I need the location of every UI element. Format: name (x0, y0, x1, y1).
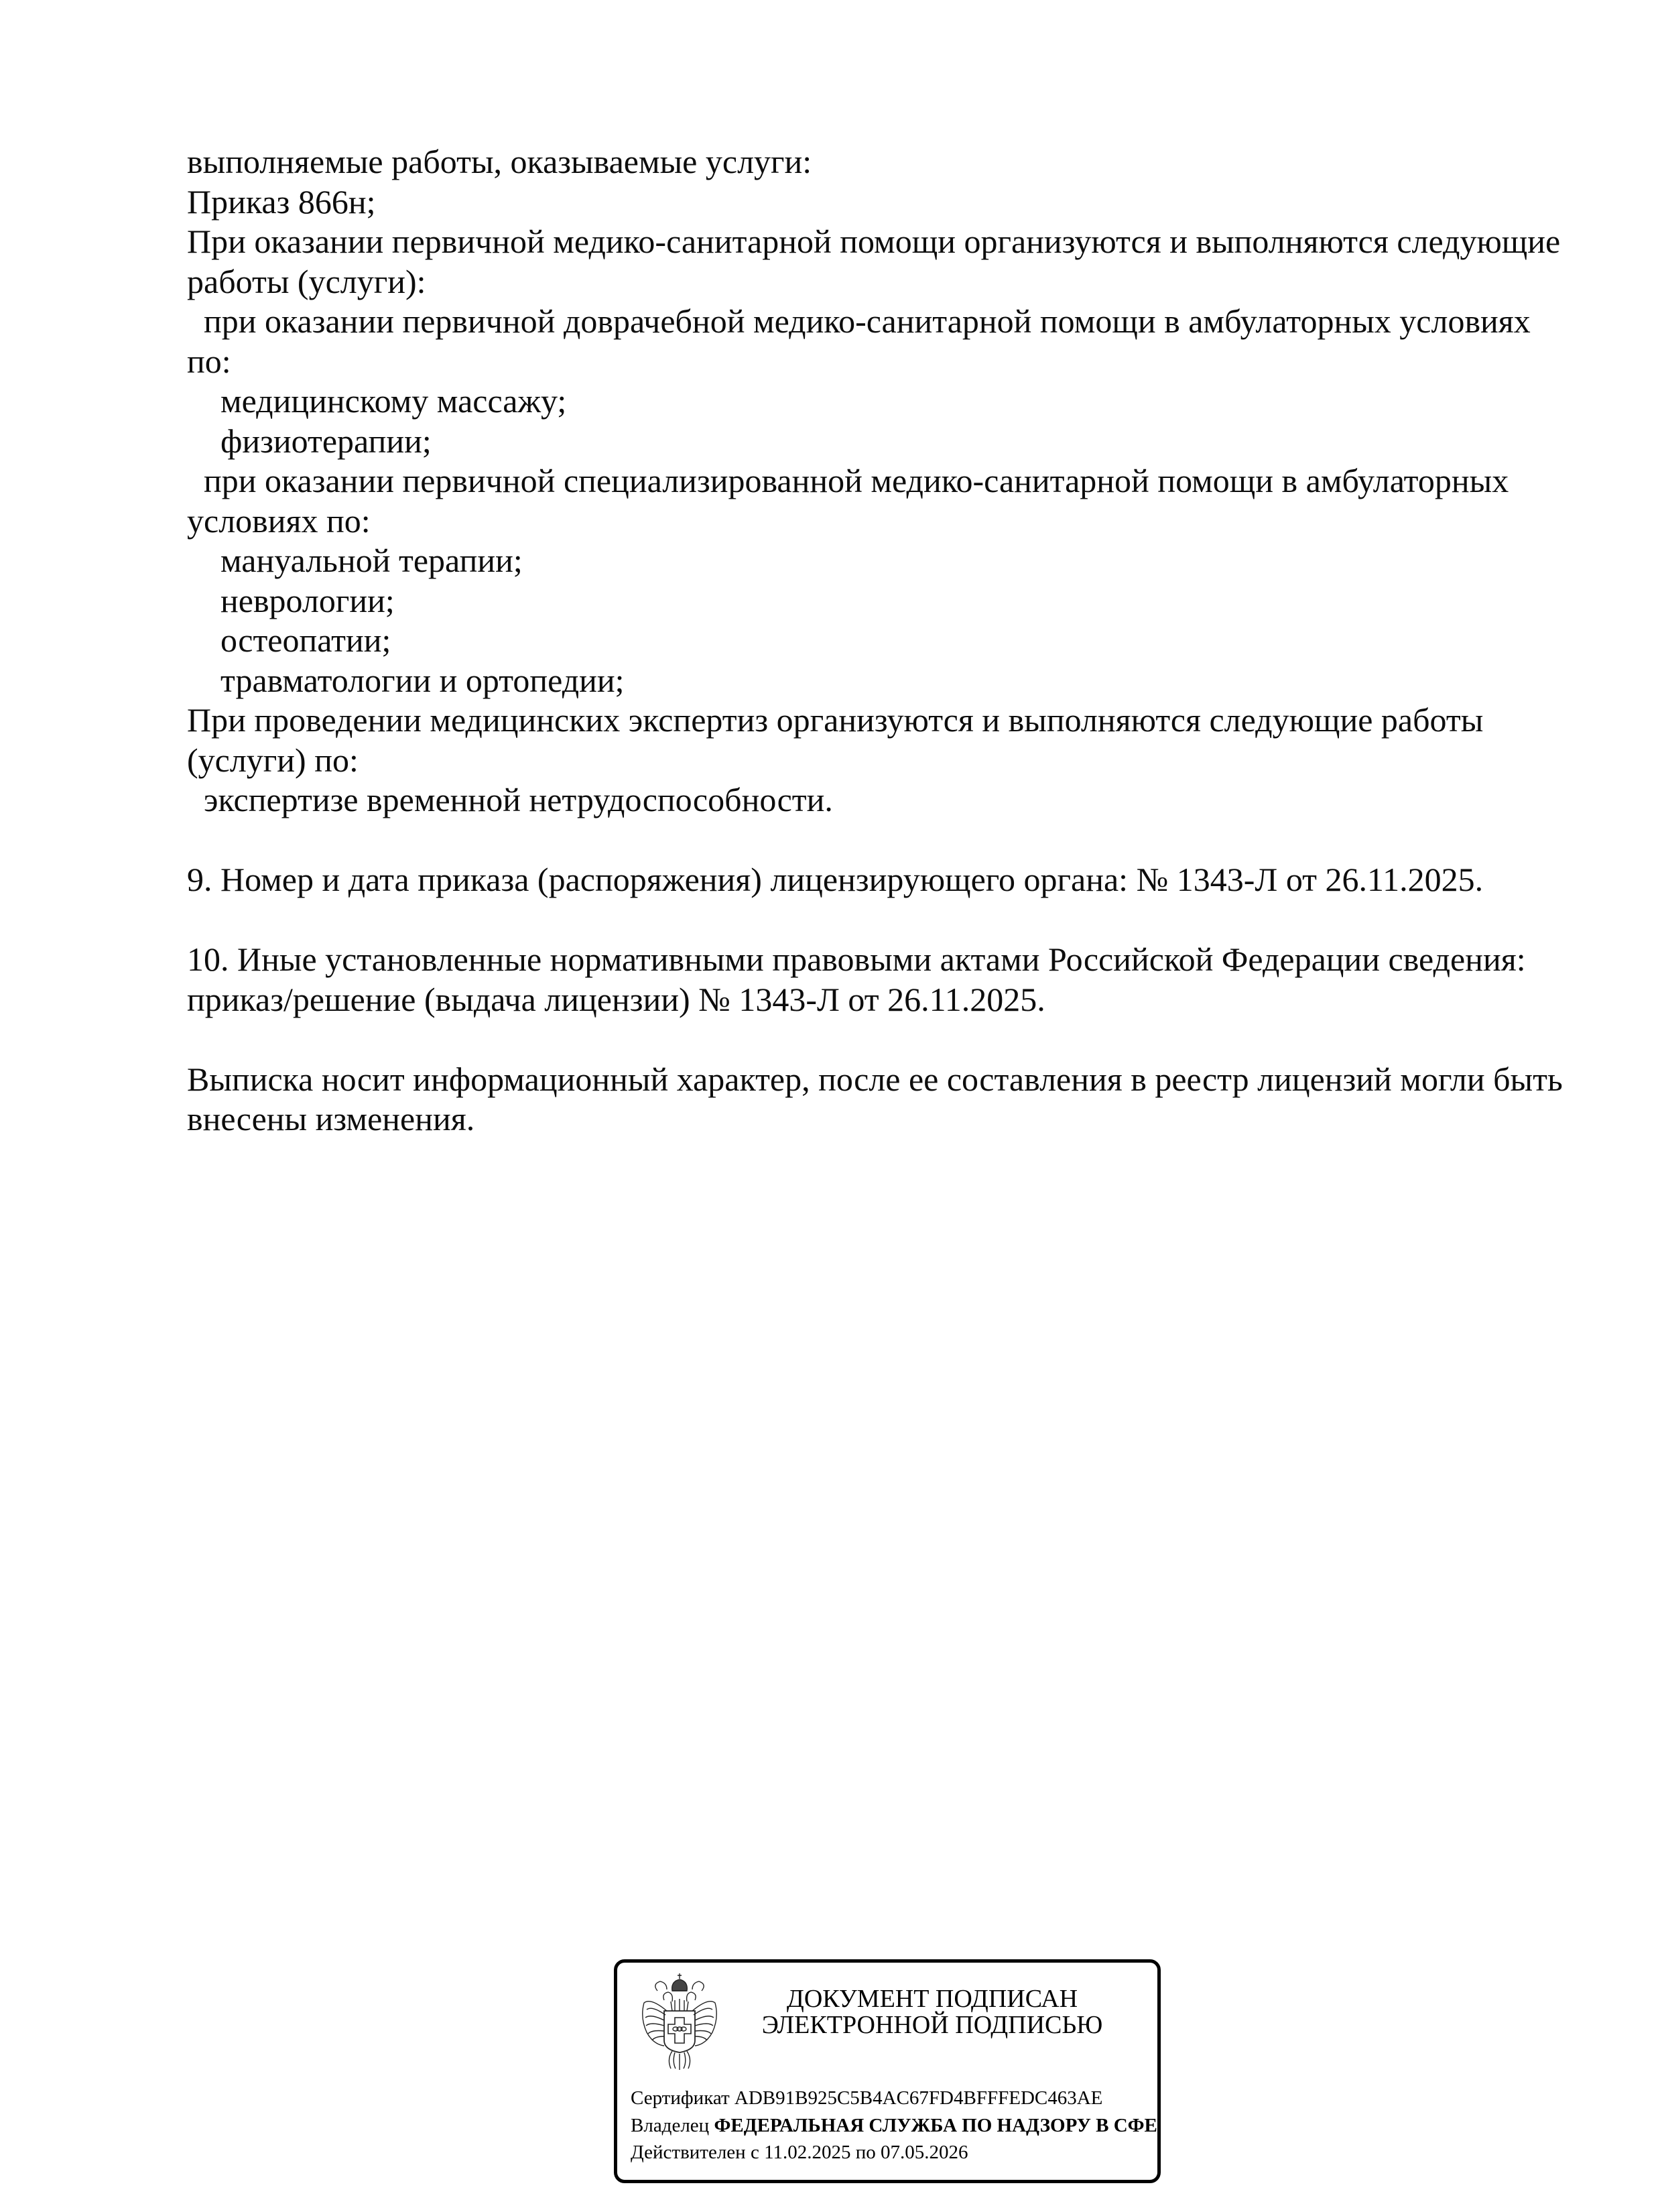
blank-line (187, 820, 1547, 861)
text-line: (услуги) по: (187, 741, 1547, 781)
text-line: травматологии и ортопедии; (187, 661, 1547, 701)
text-line: по: (187, 342, 1547, 382)
text-line: При оказании первичной медико-санитарной… (187, 222, 1547, 262)
document-page: выполняемые работы, оказываемые услуги:П… (0, 0, 1662, 2212)
blank-line (187, 900, 1547, 940)
blank-line (187, 1020, 1547, 1060)
certificate-row: Сертификат ADB91B925C5B4AC67FD4BFFFEDC46… (631, 2085, 1161, 2112)
certificate-label: Сертификат (631, 2087, 730, 2109)
text-line: мануальной терапии; (187, 541, 1547, 581)
certificate-value: ADB91B925C5B4AC67FD4BFFFEDC463AE (734, 2087, 1103, 2109)
owner-value: ФЕДЕРАЛЬНАЯ СЛУЖБА ПО НАДЗОРУ В СФЕРЕ ЗД… (714, 2115, 1161, 2136)
text-line: при оказании первичной специализированно… (187, 461, 1547, 501)
owner-row: Владелец ФЕДЕРАЛЬНАЯ СЛУЖБА ПО НАДЗОРУ В… (631, 2112, 1161, 2140)
text-line: остеопатии; (187, 621, 1547, 661)
text-line: выполняемые работы, оказываемые услуги: (187, 142, 1547, 182)
text-line: работы (услуги): (187, 262, 1547, 302)
signature-title-line-1: ДОКУМЕНТ ПОДПИСАН (738, 1986, 1127, 2012)
text-line: 9. Номер и дата приказа (распоряжения) л… (187, 860, 1547, 900)
signature-title-line-2: ЭЛЕКТРОННОЙ ПОДПИСЬЮ (738, 2012, 1127, 2038)
text-line: внесены изменения. (187, 1099, 1547, 1140)
text-line: условиях по: (187, 501, 1547, 542)
text-line: медицинскому массажу; (187, 381, 1547, 422)
text-line: Приказ 866н; (187, 182, 1547, 223)
text-line: при оказании первичной доврачебной медик… (187, 302, 1547, 342)
double-headed-eagle-emblem-icon (637, 1971, 722, 2071)
text-line: 10. Иные установленные нормативными прав… (187, 940, 1547, 980)
document-body: выполняемые работы, оказываемые услуги:П… (187, 142, 1547, 1140)
text-line: приказ/решение (выдача лицензии) № 1343-… (187, 980, 1547, 1020)
signature-details: Сертификат ADB91B925C5B4AC67FD4BFFFEDC46… (631, 2085, 1161, 2166)
text-line: неврологии; (187, 581, 1547, 621)
electronic-signature-stamp: ДОКУМЕНТ ПОДПИСАН ЭЛЕКТРОННОЙ ПОДПИСЬЮ С… (614, 1959, 1161, 2183)
text-line: Выписка носит информационный характер, п… (187, 1060, 1547, 1100)
text-line: физиотерапии; (187, 422, 1547, 462)
signature-title: ДОКУМЕНТ ПОДПИСАН ЭЛЕКТРОННОЙ ПОДПИСЬЮ (738, 1986, 1127, 2038)
text-line: При проведении медицинских экспертиз орг… (187, 700, 1547, 741)
validity-row: Действителен с 11.02.2025 по 07.05.2026 (631, 2139, 1161, 2166)
owner-label: Владелец (631, 2115, 709, 2136)
text-line: экспертизе временной нетрудоспособности. (187, 780, 1547, 820)
